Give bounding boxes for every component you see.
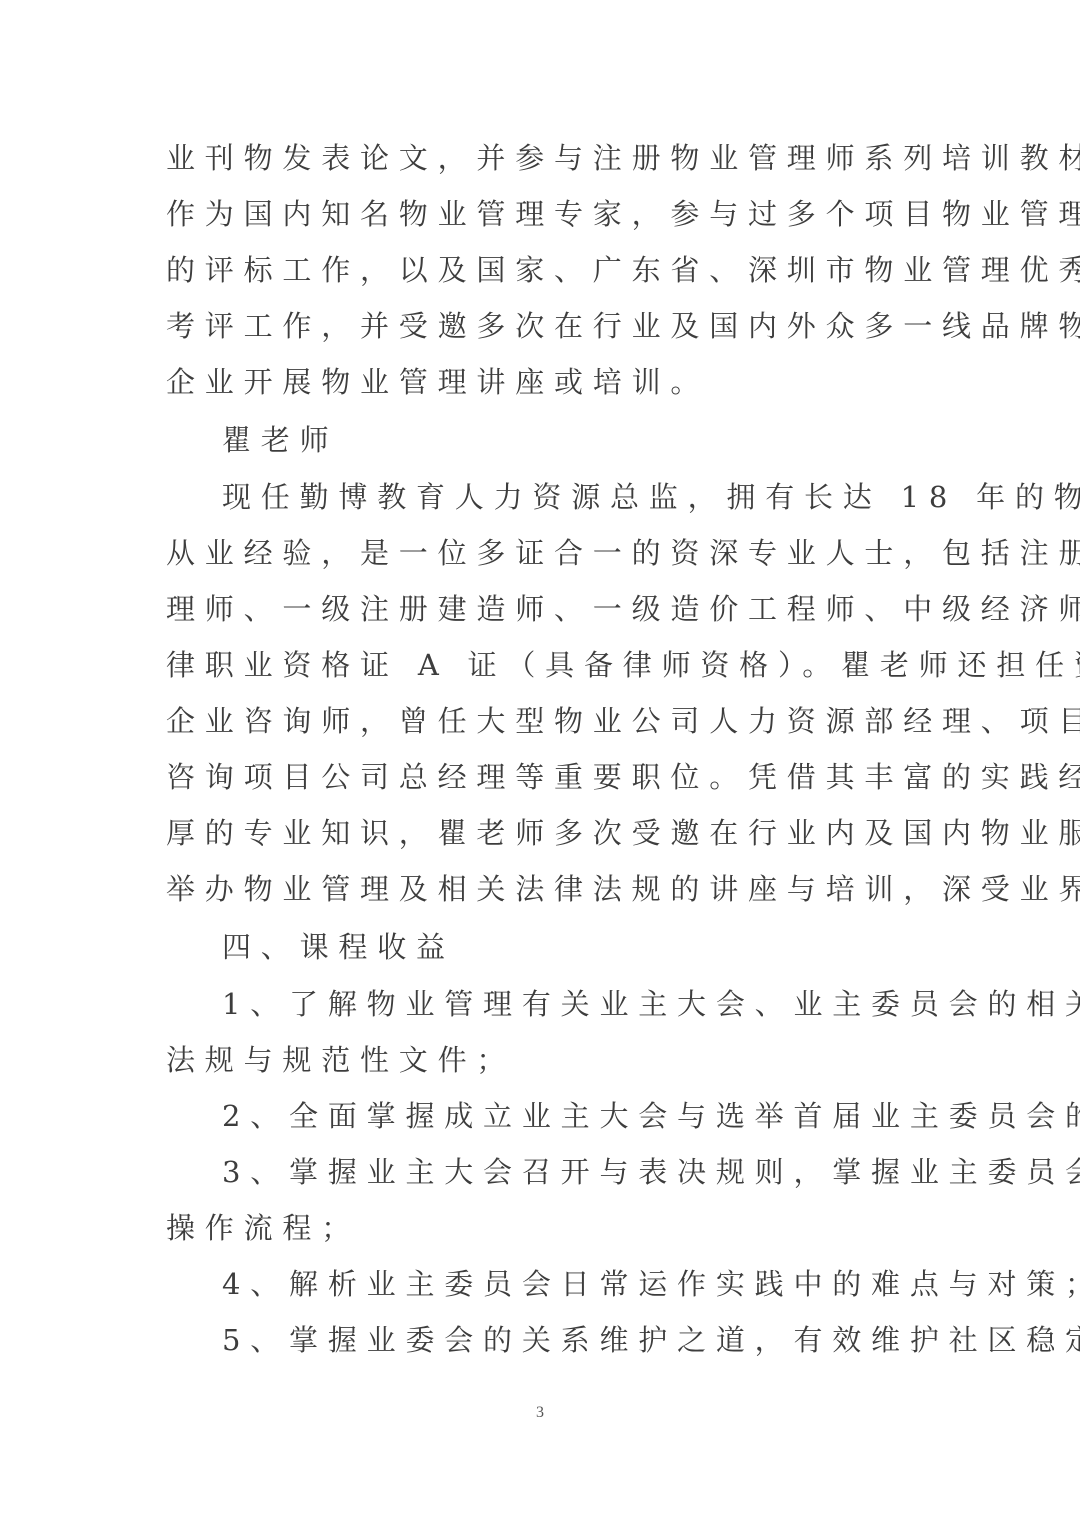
paragraph-line: 厚的专业知识，瞿老师多次受邀在行业内及国内物业服务企业: [166, 813, 966, 853]
teacher-name-heading: 瞿老师: [222, 420, 1022, 460]
document-page: 业刊物发表论文，并参与注册物业管理师系列培训教材的编著。 作为国内知名物业管理专…: [0, 0, 1080, 1528]
benefit-item-4: 4、解析业主委员会日常运作实践中的难点与对策；: [222, 1264, 1022, 1304]
section-heading-course-benefits: 四、课程收益: [222, 927, 1022, 967]
page-number: 3: [0, 1404, 1080, 1422]
benefit-item-2: 2、全面掌握成立业主大会与选举首届业主委员会的流程；: [222, 1096, 1022, 1136]
benefit-item-3: 3、掌握业主大会召开与表决规则，掌握业主委员会换届: [222, 1152, 1022, 1192]
paragraph-line: 举办物业管理及相关法律法规的讲座与培训，深受业界好评。: [166, 869, 966, 909]
paragraph-line: 现任勤博教育人力资源总监，拥有长达 18 年的物业管理: [222, 477, 1022, 517]
paragraph-line: 企业咨询师，曾任大型物业公司人力资源部经理、项目经理及: [166, 701, 966, 741]
paragraph-line: 律职业资格证 A 证（具备律师资格）。瞿老师还担任资深物业: [166, 645, 966, 685]
paragraph-line: 从业经验，是一位多证合一的资深专业人士，包括注册物业管: [166, 533, 966, 573]
benefit-item-5: 5、掌握业委会的关系维护之道，有效维护社区稳定。: [222, 1320, 1022, 1360]
paragraph-line: 企业开展物业管理讲座或培训。: [166, 362, 966, 402]
paragraph-line: 考评工作，并受邀多次在行业及国内外众多一线品牌物业服务: [166, 306, 966, 346]
paragraph-line: 咨询项目公司总经理等重要职位。凭借其丰富的实践经验和深: [166, 757, 966, 797]
paragraph-line: 作为国内知名物业管理专家，参与过多个项目物业管理招投标: [166, 194, 966, 234]
benefit-item-1-continued: 法规与规范性文件；: [166, 1040, 966, 1080]
paragraph-line: 的评标工作，以及国家、广东省、深圳市物业管理优秀大厦的: [166, 250, 966, 290]
benefit-item-3-continued: 操作流程；: [166, 1208, 966, 1248]
paragraph-line: 理师、一级注册建造师、一级造价工程师、中级经济师以及法: [166, 589, 966, 629]
benefit-item-1: 1、了解物业管理有关业主大会、业主委员会的相关法律、: [222, 984, 1022, 1024]
paragraph-line: 业刊物发表论文，并参与注册物业管理师系列培训教材的编著。: [166, 138, 966, 178]
